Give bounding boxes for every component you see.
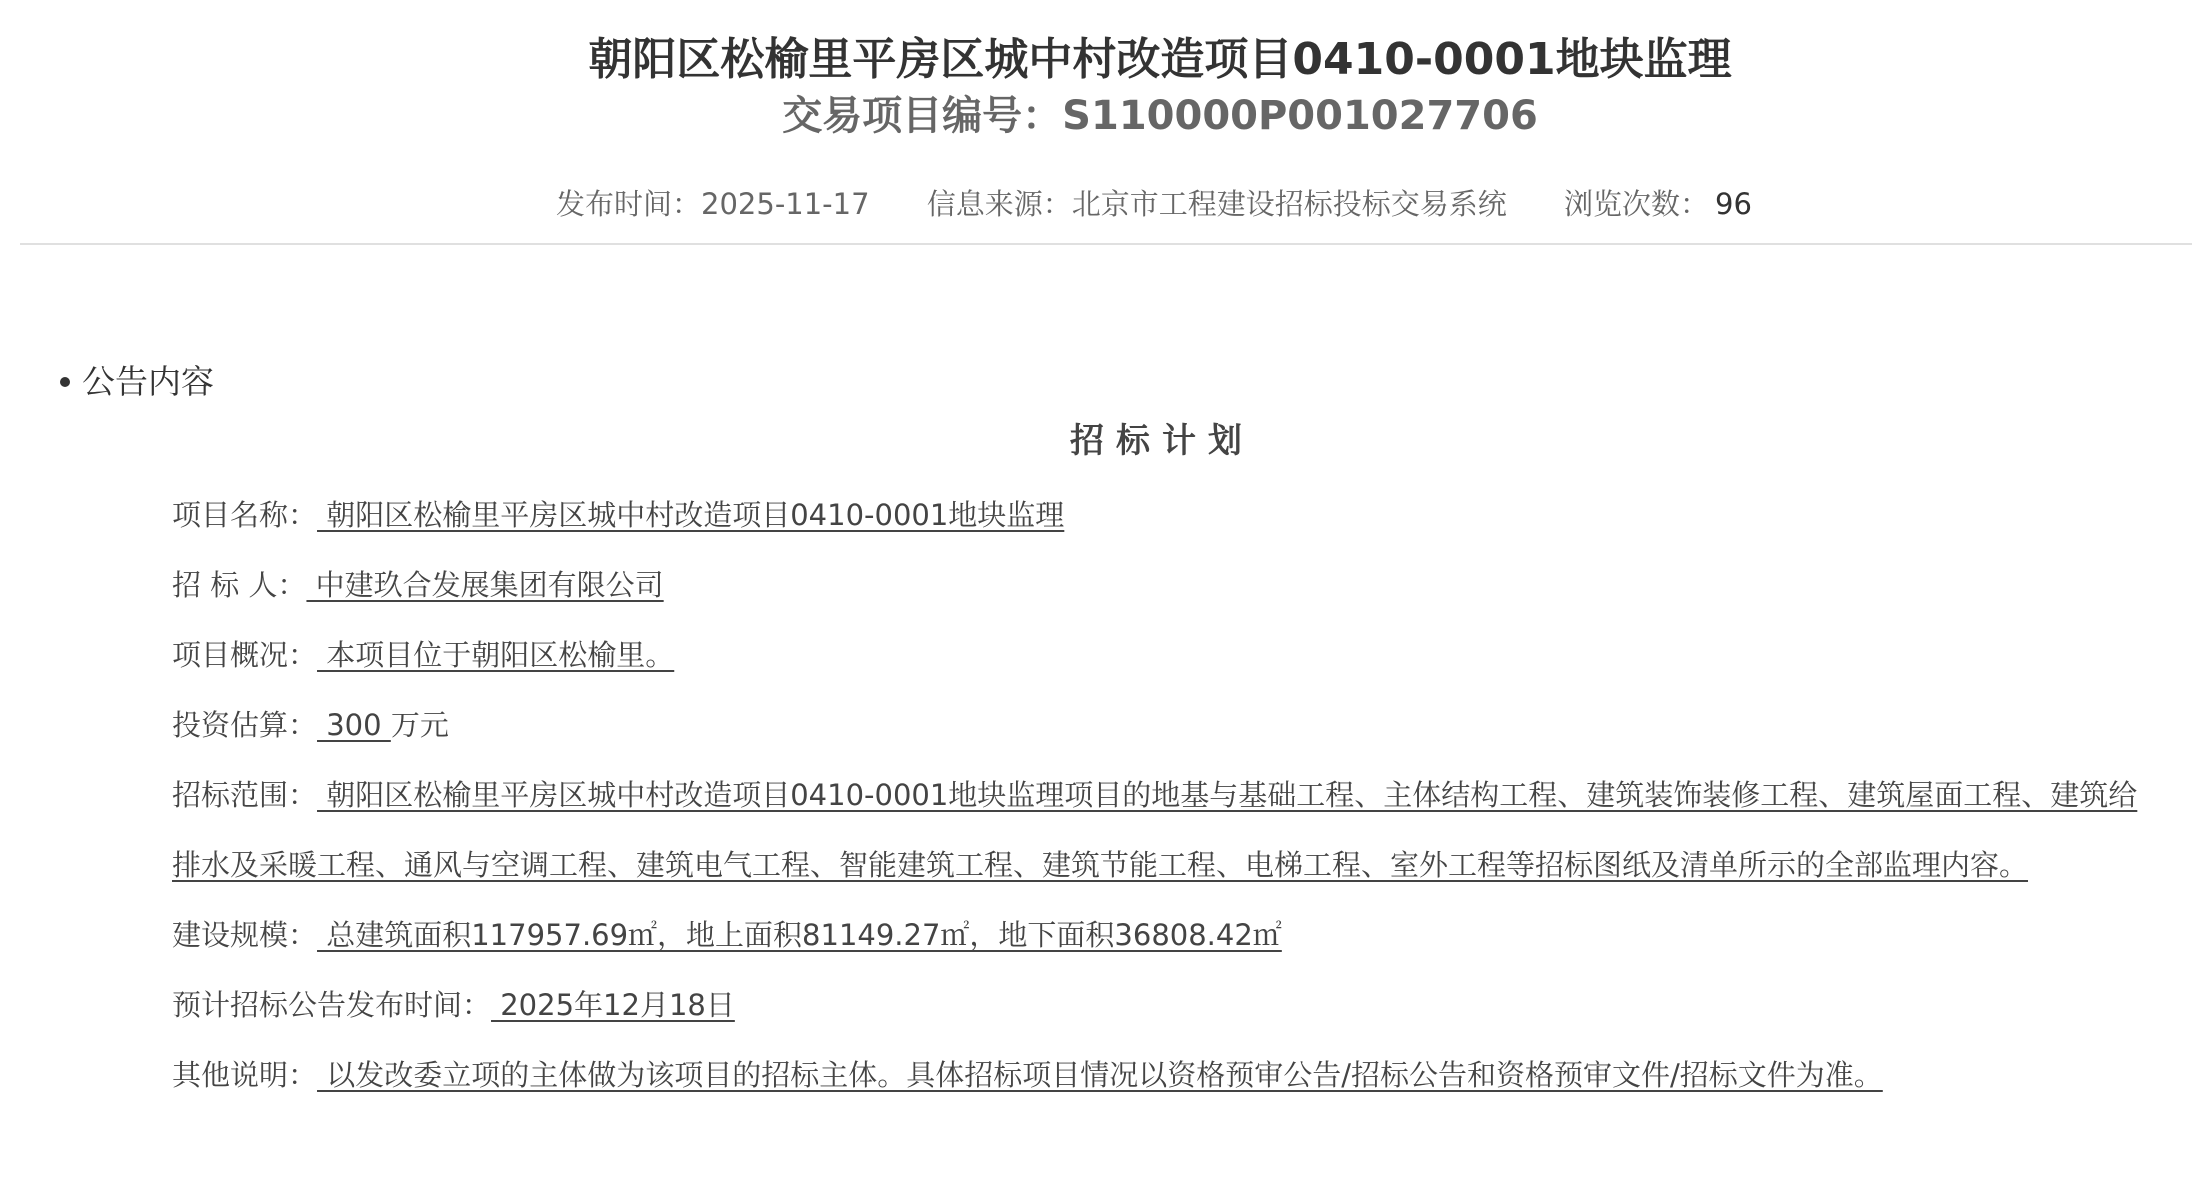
row-value: 300	[317, 708, 391, 742]
row-project-name: 项目名称： 朝阳区松榆里平房区城中村改造项目0410-0001地块监理	[172, 480, 2140, 550]
row-label: 其他说明：	[172, 1058, 317, 1092]
row-label: 预计招标公告发布时间：	[172, 988, 491, 1022]
row-label: 项目名称：	[172, 498, 317, 532]
meta-info-bar: 发布时间：2025-11-17 信息来源：北京市工程建设招标投标交易系统 浏览次…	[556, 184, 1800, 224]
info-source-label: 信息来源：	[927, 187, 1072, 221]
row-tender-scope: 招标范围： 朝阳区松榆里平房区城中村改造项目0410-0001地块监理项目的地基…	[172, 760, 2140, 900]
trade-project-number: 交易项目编号：S110000P001027706	[0, 88, 2192, 144]
row-investment-estimate: 投资估算： 300 万元	[172, 690, 2140, 760]
row-label: 项目概况：	[172, 638, 317, 672]
announcement-content: 项目名称： 朝阳区松榆里平房区城中村改造项目0410-0001地块监理 招 标 …	[172, 480, 2140, 1110]
row-label: 招标范围：	[172, 778, 317, 812]
section-heading-label: 公告内容	[82, 362, 214, 401]
row-label: 投资估算：	[172, 708, 317, 742]
view-count-label: 浏览次数：	[1564, 187, 1709, 221]
row-label: 建设规模：	[172, 918, 317, 952]
row-label: 招 标 人：	[172, 568, 306, 602]
view-count: 浏览次数：96	[1564, 184, 1752, 224]
row-value: 总建筑面积117957.69㎡，地上面积81149.27㎡，地下面积36808.…	[317, 918, 1282, 952]
view-count-value: 96	[1715, 187, 1752, 221]
info-source-value: 北京市工程建设招标投标交易系统	[1072, 187, 1507, 221]
row-value: 以发改委立项的主体做为该项目的招标主体。具体招标项目情况以资格预审公告/招标公告…	[317, 1058, 1883, 1092]
row-value: 中建玖合发展集团有限公司	[306, 568, 663, 602]
publish-time-value: 2025-11-17	[701, 187, 870, 221]
header-divider	[20, 243, 2192, 245]
row-value: 朝阳区松榆里平房区城中村改造项目0410-0001地块监理	[317, 498, 1064, 532]
row-value: 2025年12月18日	[491, 988, 735, 1022]
info-source: 信息来源：北京市工程建设招标投标交易系统	[927, 184, 1507, 224]
publish-time-label: 发布时间：	[556, 187, 701, 221]
section-heading: 公告内容	[60, 360, 214, 404]
bullet-icon	[60, 377, 70, 387]
row-value: 本项目位于朝阳区松榆里。	[317, 638, 674, 672]
row-project-overview: 项目概况： 本项目位于朝阳区松榆里。	[172, 620, 2140, 690]
page-title: 朝阳区松榆里平房区城中村改造项目0410-0001地块监理	[0, 30, 2192, 90]
row-value: 朝阳区松榆里平房区城中村改造项目0410-0001地块监理项目的地基与基础工程、…	[172, 778, 2137, 882]
row-other-notes: 其他说明： 以发改委立项的主体做为该项目的招标主体。具体招标项目情况以资格预审公…	[172, 1040, 2140, 1110]
row-tenderer: 招 标 人： 中建玖合发展集团有限公司	[172, 550, 2140, 620]
plan-title: 招标计划	[1070, 418, 1254, 464]
row-suffix: 万元	[391, 708, 449, 742]
publish-time: 发布时间：2025-11-17	[556, 184, 870, 224]
row-expected-publish-time: 预计招标公告发布时间： 2025年12月18日	[172, 970, 2140, 1040]
row-construction-scale: 建设规模： 总建筑面积117957.69㎡，地上面积81149.27㎡，地下面积…	[172, 900, 2140, 970]
